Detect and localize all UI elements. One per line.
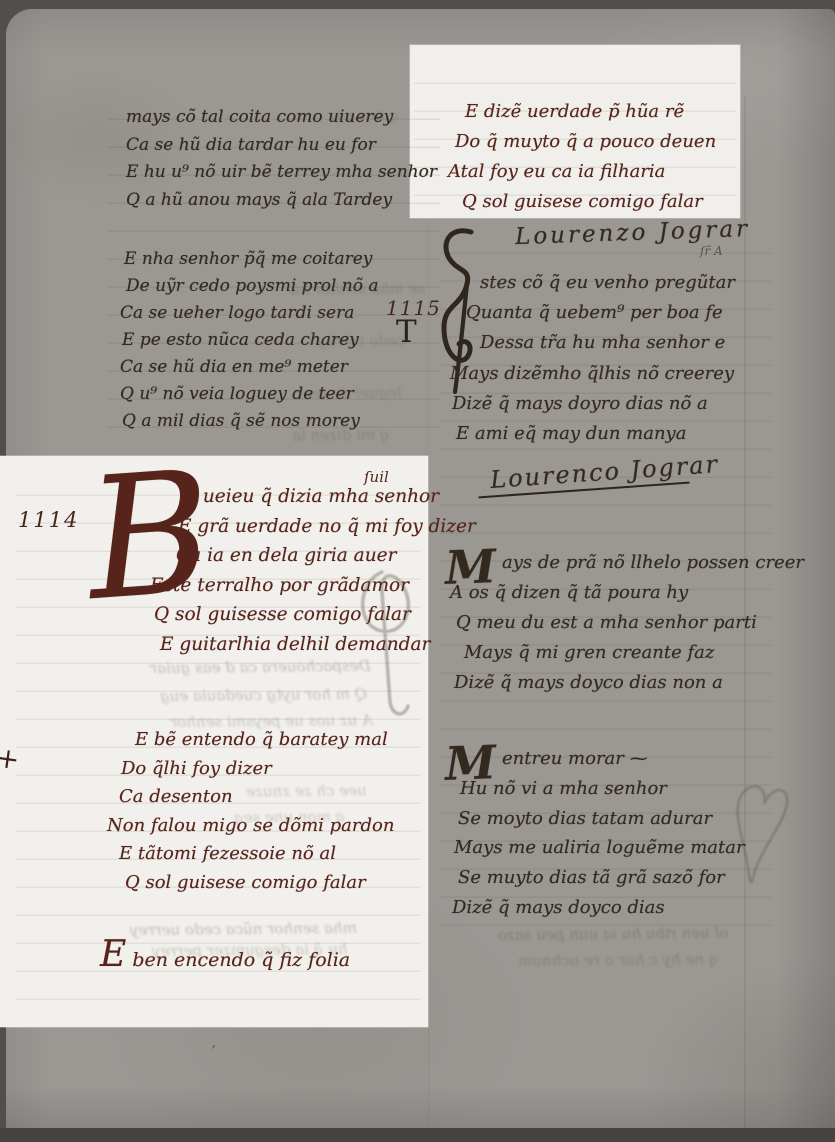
verse-line: Q sol guisese comigo falar bbox=[107, 869, 394, 898]
bleed-through-line: A uz uos ue peysmi senhor bbox=[170, 711, 373, 731]
verse-line: Ca se ueher logo tardi sera bbox=[120, 300, 379, 327]
verse-line: Dessa tr̃a hu mha senhor e bbox=[450, 328, 735, 358]
ink-speck: ’ bbox=[211, 1042, 216, 1060]
bleed-through-line: cedo terrey bbox=[318, 332, 405, 351]
right-stanza-1: E dizẽ uerdade p̃ hũa rẽ Do q̃ muyto q̃ … bbox=[448, 97, 716, 217]
verse-line: Q sol guisese comigo falar bbox=[448, 187, 716, 217]
right-stanza-3: ays de prã nõ llhelo possen creer A os q… bbox=[450, 548, 804, 698]
bleed-through-line: mha senhor nũca cedo uerrey bbox=[130, 919, 357, 939]
verse-line: Do q̃ muyto q̃ a pouco deuen bbox=[448, 127, 716, 157]
verse-line: Quanta q̃ uebem⁹ per boa fe bbox=[450, 298, 735, 328]
verse-line: Ca se hũ dia tardar hu eu for bbox=[126, 132, 437, 160]
column-guide-line bbox=[428, 222, 429, 456]
verse-line: A os q̃ dizen q̃ tã poura hy bbox=[450, 578, 804, 608]
right-stanza-4: entreu morar ⁓ Hu nõ vi a mha senhor Se … bbox=[450, 744, 745, 923]
bleed-through-line: loguei de teer bbox=[296, 383, 402, 402]
verse-line: Mays dizẽmho q̃lhis nõ creerey bbox=[450, 359, 735, 389]
photo-bottom-edge bbox=[0, 1128, 835, 1142]
verse-line: Se moyto dias tatam adurar bbox=[450, 804, 745, 834]
bleed-through-line: q mi dizen ia bbox=[292, 425, 390, 444]
margin-note-suil: ſuil bbox=[364, 468, 389, 486]
verse-line: stes cõ q̃ eu venho pregũtar bbox=[450, 268, 735, 298]
verse-line: Atal foy eu ca ia filharia bbox=[448, 157, 716, 187]
verse-line: ays de prã nõ llhelo possen creer bbox=[450, 548, 804, 578]
right-stanza-2: stes cõ q̃ eu venho pregũtar Quanta q̃ u… bbox=[450, 268, 735, 449]
verse-line: Hu nõ vi a mha senhor bbox=[450, 774, 745, 804]
margin-note-top-right: ſr̃ A bbox=[700, 244, 723, 258]
verse-line: E tãtomi fezessoie nõ al bbox=[107, 840, 394, 869]
verse-line: Ca se hũ dia en me⁹ meter bbox=[120, 354, 379, 381]
bleed-through-line: ol uen ribu hu ia uun peu sazo bbox=[498, 924, 729, 944]
bleed-through-line: Despachouera ca d eas guiar bbox=[150, 657, 371, 677]
verse-line: E ami eq̃ may dun manya bbox=[450, 419, 735, 449]
manuscript-photo: mays cõ tal coita como uiuerey Ca se hũ … bbox=[0, 0, 835, 1142]
verse-line: Q meu du est a mha senhor parti bbox=[450, 608, 804, 638]
verse-line: Q a hũ anou mays q̃ ala Tardey bbox=[126, 187, 437, 215]
bleed-through-flourish bbox=[728, 772, 794, 890]
verse-line: Dizẽ q̃ mays doyco dias non a bbox=[450, 668, 804, 698]
bleed-through-line: uee ch ze znuze bbox=[246, 781, 367, 800]
verse-line: E nha senhor p̃q̃ me coitarey bbox=[120, 246, 379, 273]
bleed-through-line: hu q̃ ia desgumzer perrey bbox=[152, 940, 348, 960]
verse-line: Do q̃lhi foy dizer bbox=[107, 755, 394, 784]
verse-line: E dizẽ uerdade p̃ hũa rẽ bbox=[448, 97, 716, 127]
column-guide-line bbox=[428, 1027, 429, 1128]
bleed-through-line: se mha senhor hu bbox=[290, 279, 425, 298]
verse-line: Se muyto dias tã grã sazõ for bbox=[450, 863, 745, 893]
bleed-through-line: q mon une seq bbox=[234, 807, 345, 826]
bleed-through-flourish bbox=[352, 552, 438, 724]
verse-line: Mays me ualiria loguẽme matar bbox=[450, 833, 745, 863]
verse-line: E bẽ entendo q̃ baratey mal bbox=[107, 726, 394, 755]
verse-line: Dizẽ q̃ mays doyco dias bbox=[450, 893, 745, 923]
verse-line: E hu u⁹ nõ uir bẽ terrey mha senhor bbox=[126, 159, 437, 187]
verse-line: ẽ ueieu q̃ dizia mha senhor bbox=[148, 482, 476, 512]
bleed-through-line: q nos uer bbox=[328, 106, 399, 125]
bleed-through-line: q ne hy c hor o re uchnum bbox=[518, 950, 718, 970]
bleed-through-line: Q m hor uytg cuedauia eug bbox=[160, 685, 367, 705]
margin-number-1114: 1114 bbox=[18, 508, 79, 532]
verse-line: Mays q̃ mi gren creante faz bbox=[450, 638, 804, 668]
verse-line: E grã uerdade no q̃ mi foy dizer bbox=[148, 512, 476, 542]
verse-line: Dizẽ q̃ mays doyro dias nõ a bbox=[450, 389, 735, 419]
verse-line: entreu morar ⁓ bbox=[450, 744, 745, 774]
